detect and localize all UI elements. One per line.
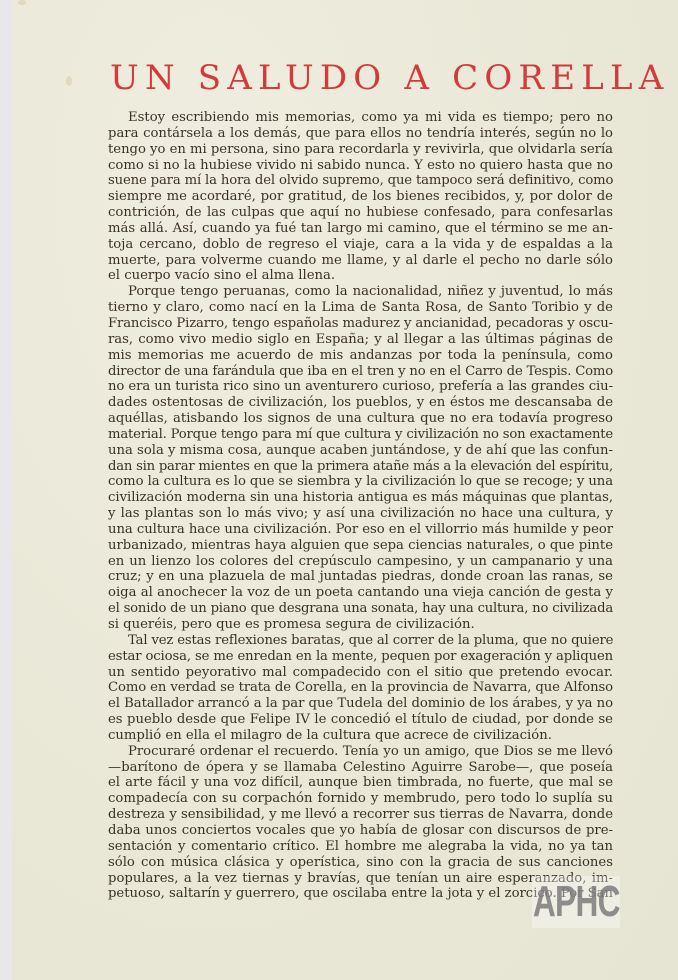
article-body: Estoy escribiendo mis memorias, como ya …	[108, 110, 613, 902]
text-line: compadecía con su corpachón fornido y me…	[108, 791, 613, 807]
text-line: el sonido de un piano que desgrana una s…	[108, 601, 613, 617]
text-line: material. Porque tengo para mí que cultu…	[108, 427, 613, 443]
text-line: para contársela a los demás, que para el…	[108, 126, 613, 142]
text-line: sentación y comentario crítico. El hombr…	[108, 839, 613, 855]
text-line: Tal vez estas reflexiones baratas, que a…	[108, 633, 613, 649]
text-line: toja cercano, doblo de regreso el viaje,…	[108, 237, 613, 253]
text-line: si queréis, pero que es promesa segura d…	[108, 617, 613, 633]
text-line: —barítono de ópera y se llamaba Celestin…	[108, 760, 613, 776]
text-line: urbanizado, mientras haya alguien que se…	[108, 538, 613, 554]
text-line: una cultura hace una civilización. Por e…	[108, 522, 613, 538]
text-line: suene para mí la hora del olvido supremo…	[108, 173, 613, 189]
text-line: daba unos conciertos vocales que yo habí…	[108, 823, 613, 839]
text-line: el arte fácil y una voz difícil, aunque …	[108, 775, 613, 791]
text-line: Procuraré ordenar el recuerdo. Tenía yo …	[108, 744, 613, 760]
watermark-text: APHC	[533, 880, 620, 924]
text-line: sólo con música clásica y operística, si…	[108, 855, 613, 871]
text-line: y las plantas son lo más vivo; y así una…	[108, 506, 613, 522]
scan-edge-strip	[0, 0, 12, 980]
text-line: tengo yo en mi persona, sino para record…	[108, 142, 613, 158]
text-line: dades ostentosas de civilización, los pu…	[108, 395, 613, 411]
paper-stain	[18, 0, 26, 5]
text-line: Porque tengo peruanas, como la nacionali…	[108, 284, 613, 300]
text-line: más allá. Así, cuando ya fué tan largo m…	[108, 221, 613, 237]
text-line: Francisco Pizarro, tengo españolas madur…	[108, 316, 613, 332]
text-line: un sentido peyorativo mal compadecido co…	[108, 665, 613, 681]
text-line: cumplió en ella el milagro de la cultura…	[108, 728, 613, 744]
paragraph: Estoy escribiendo mis memorias, como ya …	[108, 110, 613, 284]
text-line: director de una farándula que iba en el …	[108, 364, 613, 380]
paragraph: Tal vez estas reflexiones baratas, que a…	[108, 633, 613, 744]
text-line: oiga al anochecer la voz de un poeta can…	[108, 585, 613, 601]
text-line: Estoy escribiendo mis memorias, como ya …	[108, 110, 613, 126]
text-line: ras, como vivo medio siglo en España; y …	[108, 332, 613, 348]
text-line: tierno y claro, como nací en la Lima de …	[108, 300, 613, 316]
text-line: Como en verdad se trata de Corella, en l…	[108, 680, 613, 696]
text-line: como la cultura es lo que se siembra y l…	[108, 474, 613, 490]
text-line: aquéllas, atisbando los signos de una cu…	[108, 411, 613, 427]
text-line: en un lienzo los colores del crepúsculo …	[108, 554, 613, 570]
text-line: siempre me acordaré, por gratitud, de lo…	[108, 189, 613, 205]
text-line: cruz; y en una plazuela de mal juntadas …	[108, 569, 613, 585]
text-line: civilización moderna sin una historia an…	[108, 490, 613, 506]
page-title: UN SALUDO A CORELLA	[110, 58, 615, 98]
text-line: mis memorias me acuerdo de mis andanzas …	[108, 348, 613, 364]
text-line: muerte, para volverme cuando me llame, y…	[108, 253, 613, 269]
text-line: no era un turista rico sino un aventurer…	[108, 379, 613, 395]
paragraph: Porque tengo peruanas, como la nacionali…	[108, 284, 613, 633]
text-line: estar ociosa, se me enredan en la mente,…	[108, 649, 613, 665]
text-line: destreza y sensibilidad, y me llevó a re…	[108, 807, 613, 823]
text-line: una sola y misma cosa, aunque acaben jun…	[108, 443, 613, 459]
text-line: como si no la hubiese vivido ni sabido n…	[108, 158, 613, 174]
text-line: el cuerpo vacío sino el alma llena.	[108, 268, 613, 284]
text-line: es pueblo desde que Felipe IV le concedi…	[108, 712, 613, 728]
text-line: el Batallador arrancó a la par que Tudel…	[108, 696, 613, 712]
text-line: contrición, de las culpas que aquí no hu…	[108, 205, 613, 221]
paper-stain	[66, 76, 72, 86]
text-line: dan sin parar mientes en que la primera …	[108, 459, 613, 475]
watermark-logo: APHC	[532, 876, 620, 928]
